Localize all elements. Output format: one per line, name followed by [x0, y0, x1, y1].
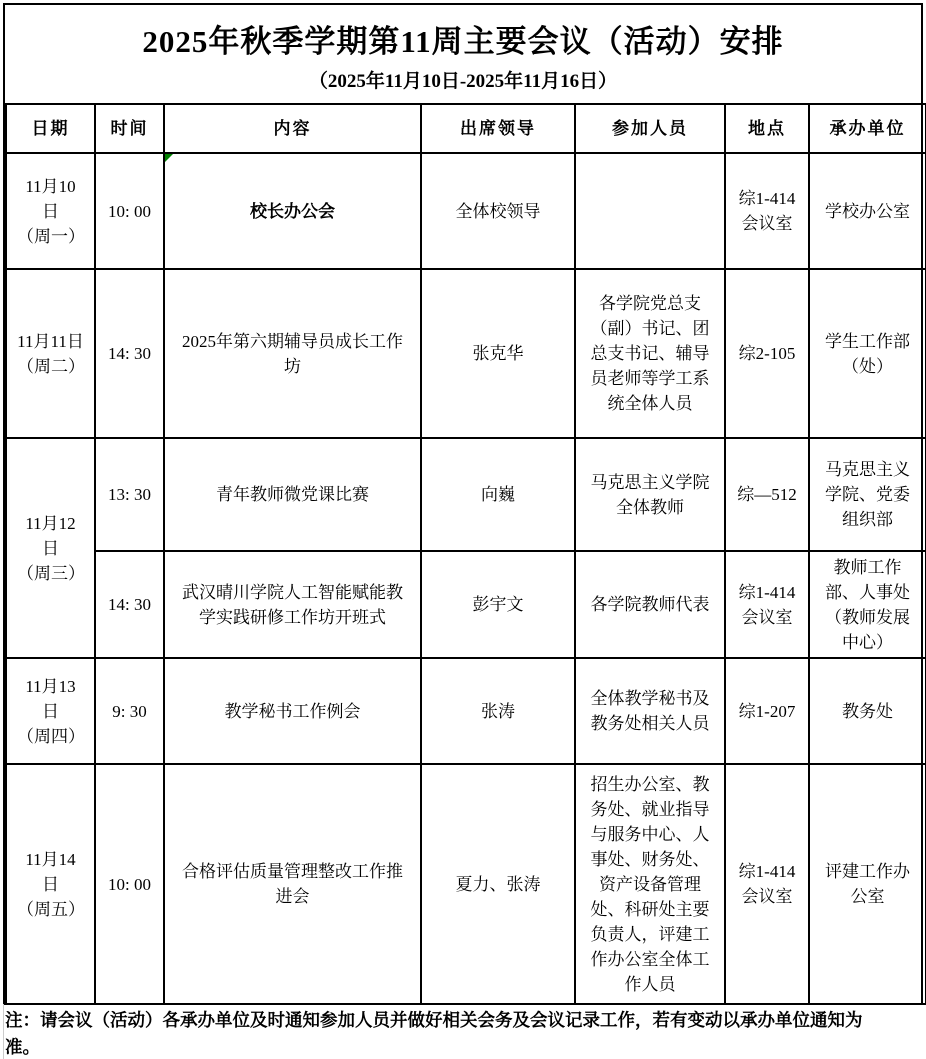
sheet-edge-gridline [3, 1004, 4, 1059]
content-text: 校长办公会 [250, 202, 335, 221]
leaders-cell: 张涛 [421, 658, 575, 764]
schedule-sheet: 2025年秋季学期第11周主要会议（活动）安排 （2025年11月10日-202… [3, 3, 923, 1005]
comment-flag-icon [165, 154, 173, 162]
page-subtitle: （2025年11月10日-2025年11月16日） [309, 66, 617, 93]
content-cell: 2025年第六期辅导员成长工作坊 [164, 269, 421, 438]
date-cell: 11月14日 （周五） [6, 764, 95, 1004]
date-cell: 11月13日 （周四） [6, 658, 95, 764]
table-row: 14: 30 武汉晴川学院人工智能赋能教学实践研修工作坊开班式 彭宇文 各学院教… [6, 551, 926, 658]
content-cell: 合格评估质量管理整改工作推进会 [164, 764, 421, 1004]
organizer-cell: 学生工作部（处） [809, 269, 926, 438]
location-cell: 综2-105 [725, 269, 809, 438]
header-row: 日期 时间 内容 出席领导 参加人员 地点 承办单位 [6, 104, 926, 153]
table-row: 11月14日 （周五） 10: 00 合格评估质量管理整改工作推进会 夏力、张涛… [6, 764, 926, 1004]
time-cell: 14: 30 [95, 551, 164, 658]
location-cell: 综1-414 会议室 [725, 153, 809, 269]
leaders-cell: 夏力、张涛 [421, 764, 575, 1004]
date-cell: 11月12日 （周三） [6, 438, 95, 658]
footer-note-text: 请会议（活动）各承办单位及时通知参加人员并做好相关会务及会议记录工作，若有变动以… [5, 1010, 863, 1057]
participants-cell: 马克思主义学院全体教师 [575, 438, 725, 551]
leaders-cell: 向巍 [421, 438, 575, 551]
participants-cell: 各学院党总支（副）书记、团总支书记、辅导员老师等学工系统全体人员 [575, 269, 725, 438]
page: 2025年秋季学期第11周主要会议（活动）安排 （2025年11月10日-202… [0, 0, 926, 1059]
participants-cell [575, 153, 725, 269]
leaders-cell: 彭宇文 [421, 551, 575, 658]
location-cell: 综—512 [725, 438, 809, 551]
organizer-cell: 马克思主义学院、党委组织部 [809, 438, 926, 551]
table-row: 11月10日 （周一） 10: 00 校长办公会 全体校领导 综1-414 会议… [6, 153, 926, 269]
footer-note: 注：请会议（活动）各承办单位及时通知参加人员并做好相关会务及会议记录工作，若有变… [5, 1007, 885, 1059]
col-header-location: 地点 [725, 104, 809, 153]
organizer-cell: 教务处 [809, 658, 926, 764]
time-cell: 14: 30 [95, 269, 164, 438]
col-header-date: 日期 [6, 104, 95, 153]
title-block: 2025年秋季学期第11周主要会议（活动）安排 （2025年11月10日-202… [5, 5, 921, 103]
schedule-table: 日期 时间 内容 出席领导 参加人员 地点 承办单位 11月10日 （周一） 1… [5, 103, 926, 1005]
time-cell: 10: 00 [95, 764, 164, 1004]
content-cell: 校长办公会 [164, 153, 421, 269]
leaders-cell: 张克华 [421, 269, 575, 438]
time-cell: 13: 30 [95, 438, 164, 551]
date-cell: 11月11日 （周二） [6, 269, 95, 438]
time-cell: 10: 00 [95, 153, 164, 269]
col-header-time: 时间 [95, 104, 164, 153]
content-cell: 武汉晴川学院人工智能赋能教学实践研修工作坊开班式 [164, 551, 421, 658]
table-row: 11月13日 （周四） 9: 30 教学秘书工作例会 张涛 全体教学秘书及教务处… [6, 658, 926, 764]
leaders-cell: 全体校领导 [421, 153, 575, 269]
col-header-organizer: 承办单位 [809, 104, 926, 153]
location-cell: 综1-414 会议室 [725, 551, 809, 658]
date-cell: 11月10日 （周一） [6, 153, 95, 269]
footer-note-label: 注： [5, 1010, 40, 1030]
participants-cell: 招生办公室、教务处、就业指导与服务中心、人事处、财务处、资产设备管理处、科研处主… [575, 764, 725, 1004]
time-cell: 9: 30 [95, 658, 164, 764]
participants-cell: 各学院教师代表 [575, 551, 725, 658]
page-title: 2025年秋季学期第11周主要会议（活动）安排 [142, 16, 783, 61]
col-header-participants: 参加人员 [575, 104, 725, 153]
location-cell: 综1-207 [725, 658, 809, 764]
organizer-cell: 教师工作部、人事处（教师发展中心） [809, 551, 926, 658]
content-cell: 青年教师微党课比赛 [164, 438, 421, 551]
location-cell: 综1-414 会议室 [725, 764, 809, 1004]
content-cell: 教学秘书工作例会 [164, 658, 421, 764]
organizer-cell: 学校办公室 [809, 153, 926, 269]
table-row: 11月12日 （周三） 13: 30 青年教师微党课比赛 向巍 马克思主义学院全… [6, 438, 926, 551]
col-header-leaders: 出席领导 [421, 104, 575, 153]
participants-cell: 全体教学秘书及教务处相关人员 [575, 658, 725, 764]
table-row: 11月11日 （周二） 14: 30 2025年第六期辅导员成长工作坊 张克华 … [6, 269, 926, 438]
col-header-content: 内容 [164, 104, 421, 153]
organizer-cell: 评建工作办公室 [809, 764, 926, 1004]
